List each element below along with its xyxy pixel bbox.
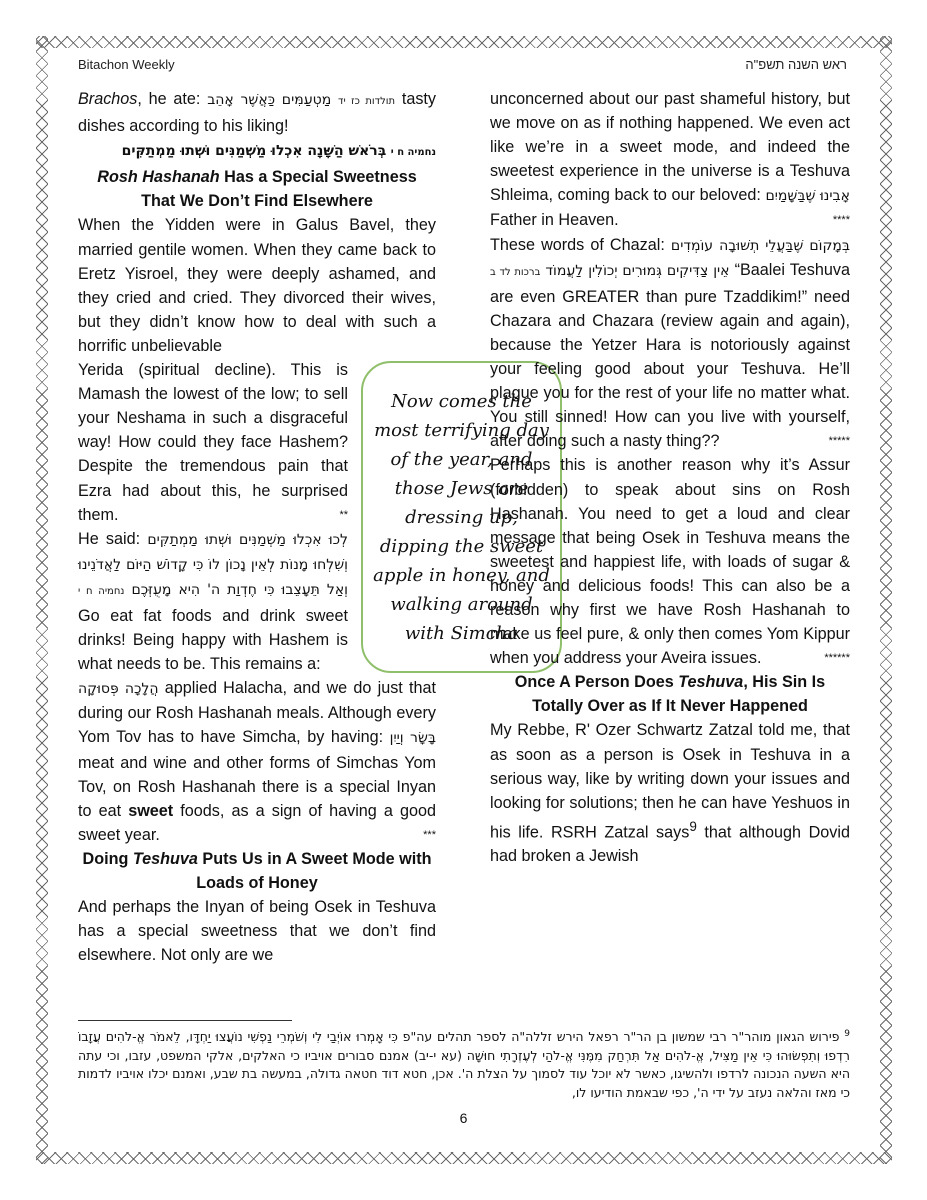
paragraph: Yerida (spiritual decline). This is Mama… [78,358,348,527]
source-reference: תולדות כז יד [338,96,395,107]
paragraph: And perhaps the Inyan of being Osek in T… [78,895,436,967]
footnote-text: פירוש הגאון מוהר"ר רבי שמשון בן הר"ר רפא… [78,1029,850,1100]
hebrew-term: אָבִינוּ שֶׁבַּשָּׁמַיִם [766,188,851,204]
paragraph: הֲלָכָה פְּסוּקָה applied Halacha, and w… [78,676,436,847]
footnote-number: 9 [844,1029,850,1039]
paragraph: Perhaps this is another reason why it’s … [490,453,850,670]
source-reference: ברכות לד ב [490,267,540,278]
hebrew-verse: בְּרֹאשׁ הַשָּׁנָה אִכְלוּ מַשְׁמַנִּים … [122,143,387,159]
section-heading: Doing Teshuva Puts Us in A Sweet Mode wi… [78,847,436,895]
page-number: 6 [0,1110,927,1126]
right-column: unconcerned about our past shameful hist… [490,87,850,868]
section-divider-stars: ***** [829,429,850,453]
page-border-bottom [36,1152,892,1164]
source-reference: נחמיה ח י [391,147,436,158]
section-divider-stars: *** [423,823,436,847]
section-heading: Once A Person Does Teshuva, His Sin Is T… [490,670,850,718]
paragraph: unconcerned about our past shameful hist… [490,87,850,233]
paragraph: Brachos, he ate: תולדות כז יד מַטְעַמִּי… [78,87,436,138]
italic-term: Brachos [78,90,137,108]
bold-term: sweet [128,802,173,820]
footnote-separator [78,1020,292,1021]
running-head-right: ראש השנה תשפ"ה [745,57,847,72]
verse-line: נחמיה ח י בְּרֹאשׁ הַשָּׁנָה אִכְלוּ מַש… [78,138,436,165]
section-divider-stars: ** [339,503,348,527]
section-divider-stars: ****** [824,646,850,670]
hebrew-quote: מַטְעַמִּים כַּאֲשֶׁר אָהֵב [207,92,331,108]
page-border-left [36,36,48,1164]
hebrew-term: בָּשָׂר וְיַיִן [390,730,436,746]
running-head-left: Bitachon Weekly [78,57,175,72]
paragraph: He said: לְכוּ אִכְלוּ מַשְׁמַנִּים וּשְ… [78,527,348,677]
paragraph: When the Yidden were in Galus Bavel, the… [78,213,436,358]
source-reference: נחמיה ח י [78,586,124,597]
footnote-marker[interactable]: 9 [689,819,697,834]
section-heading: Rosh Hashanah Has a Special Sweetness Th… [78,165,436,213]
hebrew-term: הֲלָכָה פְּסוּקָה [78,681,159,697]
page-border-top [36,36,892,48]
paragraph: These words of Chazal: בְּמָקוֹם שֶׁבַּע… [490,233,850,454]
section-divider-stars: **** [833,208,850,232]
page-border-right [880,36,892,1164]
paragraph: My Rebbe, R' Ozer Schwartz Zatzal told m… [490,718,850,868]
footnote: 9 פירוש הגאון מוהר"ר רבי שמשון בן הר"ר ר… [78,1025,850,1102]
